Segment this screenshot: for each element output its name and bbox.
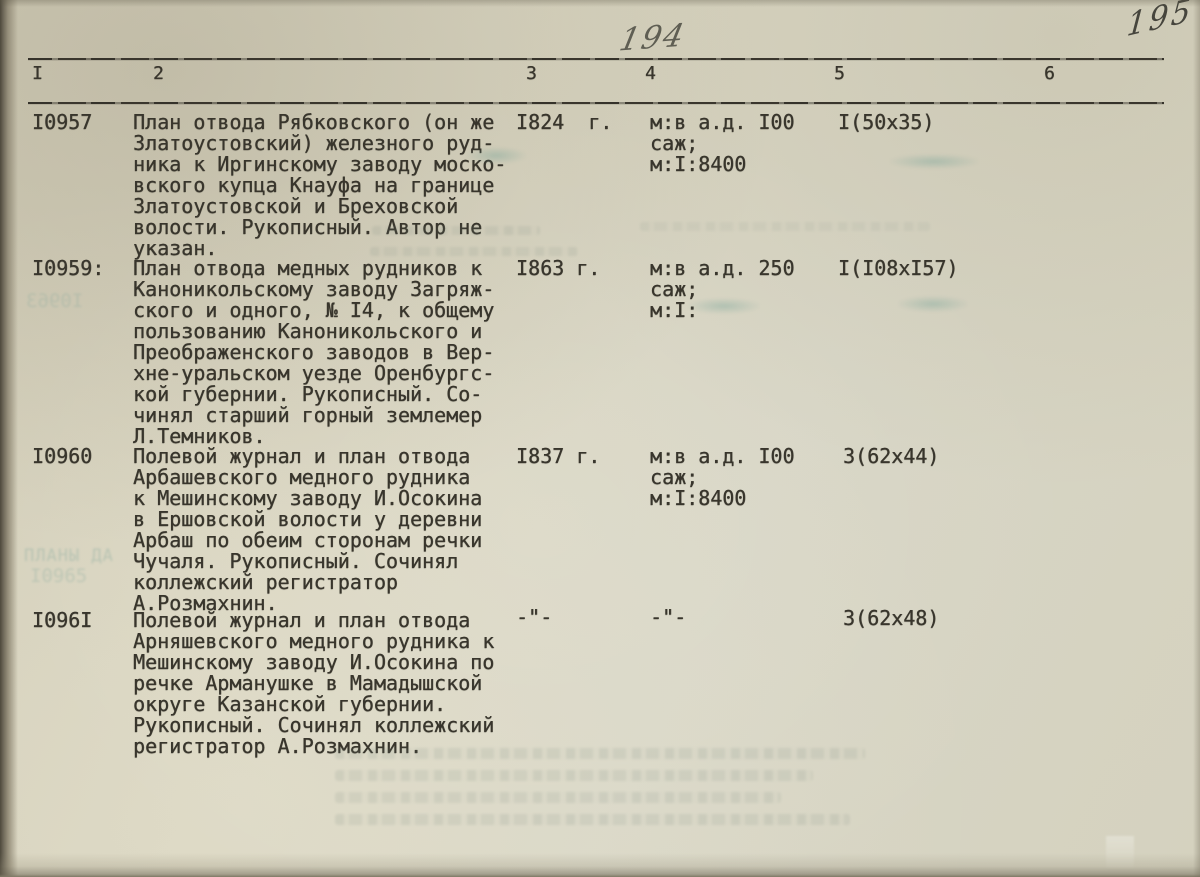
page-edge-left <box>0 0 18 877</box>
column-header-2: 2 <box>153 65 164 83</box>
bleed-through-line <box>335 814 850 825</box>
record-number: I0959: <box>32 258 104 279</box>
column-header-6: 6 <box>1044 65 1055 83</box>
page-edge-top <box>0 0 1200 7</box>
paper-sheen <box>1106 836 1134 877</box>
bleed-through-line <box>335 748 865 759</box>
record-format: I(50x35) <box>838 112 934 133</box>
bleed-through-number: I0965 <box>30 567 87 586</box>
ink-smudge <box>898 296 968 312</box>
table-header-rule <box>28 102 1164 104</box>
table-top-rule <box>28 58 1164 60</box>
bleed-through-line <box>335 770 813 781</box>
record-date: -"- <box>516 607 552 628</box>
page-edge-bottom <box>0 853 1200 877</box>
ink-smudge <box>466 147 526 164</box>
ink-smudge <box>688 298 760 314</box>
column-header-1: I <box>32 65 43 83</box>
bleed-through-line <box>640 222 930 231</box>
bleed-through-line <box>372 226 540 235</box>
record-description: План отвода медных рудников к Канониколь… <box>133 258 494 447</box>
bleed-through-heading: ПЛАНЫ ДА <box>24 547 114 566</box>
record-format: 3(62x48) <box>843 608 939 629</box>
record-scale: м:в а.д. I00 саж; м:I:8400 <box>650 446 795 509</box>
bleed-through-line <box>370 247 578 256</box>
column-header-3: 3 <box>526 65 537 83</box>
bleed-through-line <box>335 792 781 803</box>
record-date: I837 г. <box>516 446 600 467</box>
record-format: 3(62x44) <box>843 446 939 467</box>
record-number: I096I <box>32 610 92 631</box>
handwritten-page-number-left: 194 <box>616 17 689 58</box>
page-edge-right <box>1193 0 1200 877</box>
record-description: Полевой журнал и план отвода Арняшевског… <box>133 610 494 757</box>
column-header-4: 4 <box>645 65 656 83</box>
record-scale: -"- <box>650 607 686 628</box>
record-number: I0960 <box>32 446 92 467</box>
record-description: План отвода Рябковского (он же Златоусто… <box>133 112 506 259</box>
scanned-archive-page: 194 195 I 2 3 4 5 6 I0957 План отвода Ря… <box>0 0 1200 877</box>
record-date: I863 г. <box>516 258 600 279</box>
bleed-through-number: I0963 <box>26 292 83 311</box>
record-description: Полевой журнал и план отвода Арбашевског… <box>133 446 482 614</box>
record-number: I0957 <box>32 112 92 133</box>
ink-smudge <box>890 154 978 169</box>
record-format: I(I08xI57) <box>838 258 958 279</box>
column-header-5: 5 <box>834 65 845 83</box>
record-scale: м:в а.д. I00 саж; м:I:8400 <box>650 112 795 175</box>
record-date: I824 г. <box>516 112 612 133</box>
